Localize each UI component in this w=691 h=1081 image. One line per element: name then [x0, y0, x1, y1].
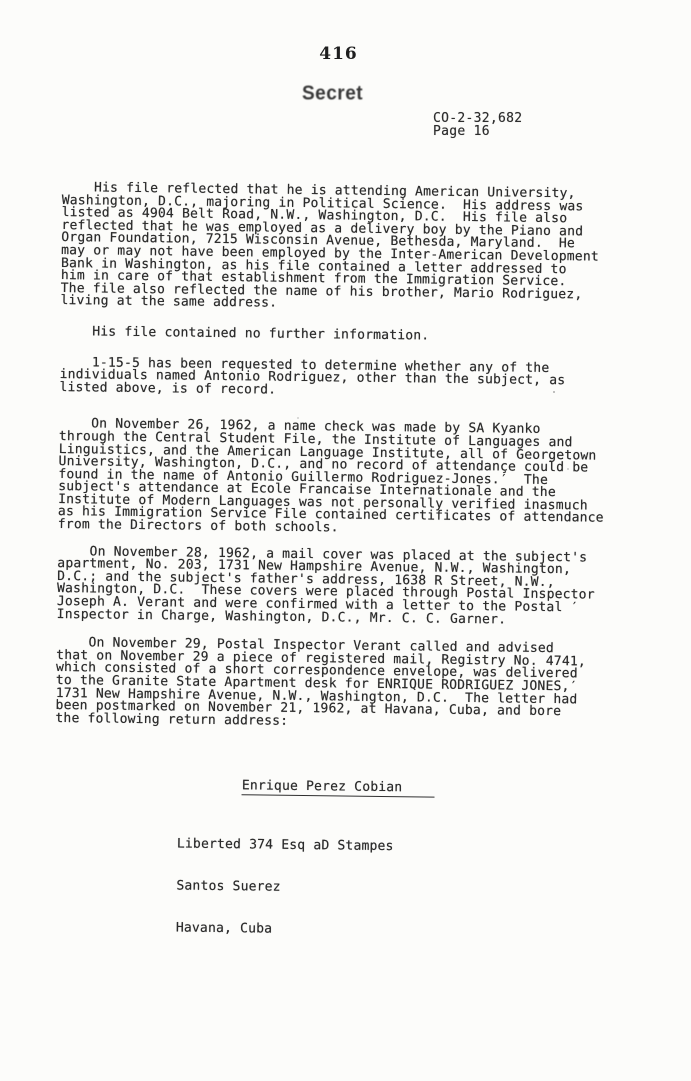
paragraph-no-further-information: His file contained no further informatio…	[60, 326, 645, 346]
ink-speck	[553, 391, 555, 393]
document-body: His file reflected that he is attending …	[52, 182, 646, 969]
scanned-document-page: 416 Secret CO-2-32,682 Page 16 His file …	[0, 0, 691, 1081]
secret-classification-stamp: Secret	[302, 82, 363, 106]
paragraph-record-request: 1-15-5 has been requested to determine w…	[59, 357, 644, 402]
return-address-city: Havana, Cuba	[176, 922, 638, 942]
return-address-block: Enrique Perez Cobian Liberted 374 Esq aD…	[175, 737, 640, 970]
paragraph-mail-cover: On November 28, 1962, a mail cover was p…	[57, 546, 643, 629]
ink-speck	[297, 417, 299, 419]
paragraph-registered-mail: On November 29, Postal Inspector Verant …	[55, 637, 641, 732]
return-address-name: Enrique Perez Cobian	[242, 780, 435, 798]
return-address-district: Santos Suerez	[176, 880, 638, 900]
paragraph-file-summary: His file reflected that he is attending …	[60, 182, 646, 315]
document-reference: CO-2-32,682 Page 16	[433, 112, 522, 138]
page-label: Page 16	[433, 125, 522, 138]
page-number: 416	[0, 44, 677, 64]
ink-speck	[567, 468, 569, 470]
paragraph-name-check: On November 26, 1962, a name check was m…	[58, 418, 644, 538]
return-address-street: Liberted 374 Esq aD Stampes	[177, 838, 639, 858]
